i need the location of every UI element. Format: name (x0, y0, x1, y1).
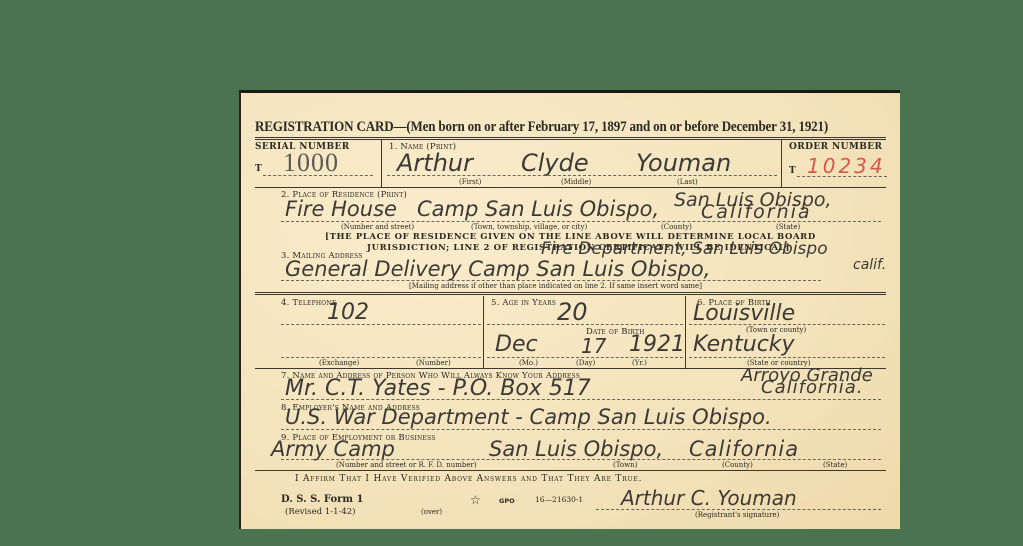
emp-county-label: (County) (722, 461, 753, 469)
gpo-mark: GPO (499, 497, 515, 505)
employer-value: U.S. War Department - Camp San Luis Obis… (285, 405, 772, 429)
middle-label: (Middle) (561, 178, 591, 186)
signature-label: (Registrant's signature) (695, 511, 779, 519)
divider-v (685, 296, 686, 368)
registrant-signature: Arthur C. Youman (621, 486, 797, 510)
birth-town: Louisville (693, 301, 795, 326)
age-value: 20 (557, 298, 588, 326)
residence-state: California (701, 201, 812, 223)
employment-state: California (689, 437, 799, 461)
dash-line (281, 429, 881, 430)
age-label: 5. Age in Years (491, 298, 556, 308)
registration-card: REGISTRATION CARD—(Men born on or after … (239, 90, 900, 529)
birth-year: 1921 (629, 332, 685, 357)
divider (255, 470, 886, 471)
employment-street: Army Camp (271, 437, 395, 461)
mailing-line1: Fire Department, San Luis Obispo (541, 239, 828, 259)
dash-line (689, 357, 885, 358)
affirmation: I Affirm That I Have Verified Above Answ… (295, 474, 642, 484)
divider-v (483, 296, 484, 368)
telephone-value: 102 (327, 300, 369, 325)
divider (255, 292, 886, 295)
order-number: 10234 (807, 154, 886, 178)
form-number: D. S. S. Form 1 (281, 494, 363, 505)
dash-line (387, 175, 777, 176)
rfd-label: (Number and street or R. F. D. number) (336, 461, 477, 469)
form-revised: (Revised 1-1-42) (285, 507, 356, 517)
order-label: ORDER NUMBER (789, 142, 882, 152)
state-label: (State) (776, 223, 800, 231)
employment-town: San Luis Obispo, (489, 437, 663, 461)
emp-state-label: (State) (823, 461, 847, 469)
contact-value: Mr. C.T. Yates - P.O. Box 517 (285, 376, 591, 401)
mo-label: (Mo.) (519, 359, 538, 367)
name-middle: Clyde (521, 149, 589, 177)
last-label: (Last) (677, 178, 698, 186)
birth-day: 17 (581, 334, 606, 358)
day-label: (Day) (576, 359, 595, 367)
dash-line (487, 357, 683, 358)
residence-street: Fire House (285, 197, 397, 221)
residence-town: Camp San Luis Obispo, (417, 197, 659, 221)
number-label: (Number) (416, 359, 451, 367)
serial-number: 1000 (283, 148, 339, 178)
town-label: (Town, township, village, or city) (471, 223, 587, 231)
name-last: Youman (636, 149, 731, 177)
mailing-line2-extra: calif. (853, 257, 886, 273)
birth-month: Dec (495, 332, 538, 357)
divider-v (381, 139, 382, 187)
over-note: (over) (421, 508, 442, 516)
street-label: (Number and street) (341, 223, 414, 231)
dash-line (281, 221, 881, 222)
mailing-line2: General Delivery Camp San Luis Obispo, (285, 257, 710, 281)
dash-line (596, 509, 881, 510)
yr-label: (Yr.) (632, 359, 647, 367)
exchange-label: (Exchange) (319, 359, 359, 367)
contact-state: California. (761, 377, 864, 398)
dash-line (281, 324, 481, 325)
first-label: (First) (459, 178, 481, 186)
birth-state: Kentucky (693, 332, 795, 357)
print-number: 16—21630-1 (535, 495, 583, 504)
dash-line (263, 175, 373, 176)
divider (255, 137, 886, 140)
emp-town-label: (Town) (613, 461, 637, 469)
county-label: (County) (661, 223, 692, 231)
serial-prefix: T (255, 164, 262, 174)
name-first: Arthur (397, 149, 473, 177)
dash-line (281, 459, 881, 460)
star-icon: ☆ (470, 493, 481, 507)
dash-line (689, 324, 885, 325)
divider-v (781, 139, 782, 187)
order-prefix: T (789, 166, 796, 176)
card-title: REGISTRATION CARD—(Men born on or after … (255, 119, 828, 136)
dash-line (281, 280, 821, 281)
divider (255, 187, 886, 188)
mailing-note: [Mailing address if other than place ind… (409, 282, 702, 290)
dash-line (797, 176, 887, 177)
dash-line (281, 357, 481, 358)
dash-line (281, 399, 881, 400)
dash-line (487, 324, 683, 325)
